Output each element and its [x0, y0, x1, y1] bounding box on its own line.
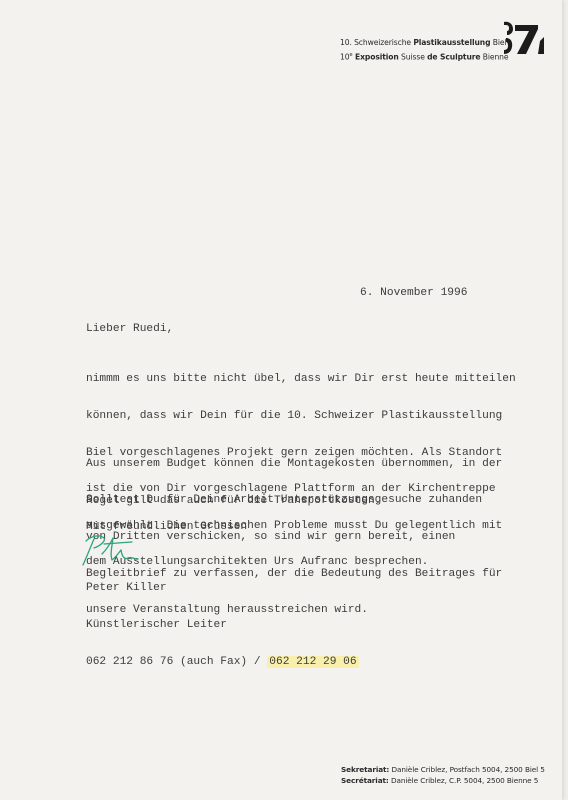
letterhead: 10. Schweizerische Plastikausstellung Bi… [340, 37, 508, 64]
salutation: Lieber Ruedi, [86, 323, 173, 335]
letterhead-text: 10. Schweizerische [340, 38, 413, 47]
footer-text: Danièle Criblez, C.P. 5004, 2500 Bienne … [389, 776, 539, 785]
letterhead-line-german: 10. Schweizerische Plastikausstellung Bi… [340, 37, 508, 49]
footer-label: Secrétariat: [341, 776, 389, 785]
letterhead-bold: Plastikausstellung [413, 38, 490, 47]
letterhead-line-french: 10e Exposition Suisse de Sculpture Bienn… [340, 49, 508, 64]
97-logo-icon [504, 19, 546, 55]
footer-label: Sekretariat: [341, 765, 389, 774]
signer-name: Peter Killer [86, 582, 359, 594]
signer-block: Peter Killer Künstlerischer Leiter 062 2… [86, 558, 359, 692]
footer-line-french: Secrétariat: Danièle Criblez, C.P. 5004,… [341, 775, 545, 786]
signer-title: Künstlerischer Leiter [86, 619, 359, 631]
letter-date: 6. November 1996 [360, 287, 467, 299]
letterhead-bold: Exposition [352, 53, 398, 62]
letterhead-text: Suisse [399, 53, 427, 62]
letterhead-bold: de Sculpture [427, 53, 480, 62]
phone-fax: 062 212 86 76 (auch Fax) / [86, 656, 267, 668]
footer-address: Sekretariat: Danièle Criblez, Postfach 5… [341, 764, 545, 786]
paragraph-line: nimmm es uns bitte nicht übel, dass wir … [86, 373, 516, 385]
handwritten-signature-icon [80, 532, 155, 568]
paragraph-line: können, dass wir Dein für die 10. Schwei… [86, 410, 516, 422]
paragraph-line: Solltest Du für Deine Arbeit Unterstützu… [86, 494, 502, 506]
signer-phone: 062 212 86 76 (auch Fax) / 062 212 29 06 [86, 656, 359, 668]
footer-line-german: Sekretariat: Danièle Criblez, Postfach 5… [341, 764, 545, 775]
phone-highlighted: 062 212 29 06 [267, 656, 358, 668]
letter-page: 10. Schweizerische Plastikausstellung Bi… [0, 0, 562, 800]
footer-text: Danièle Criblez, Postfach 5004, 2500 Bie… [389, 765, 545, 774]
paragraph-line: Aus unserem Budget können die Montagekos… [86, 458, 502, 470]
